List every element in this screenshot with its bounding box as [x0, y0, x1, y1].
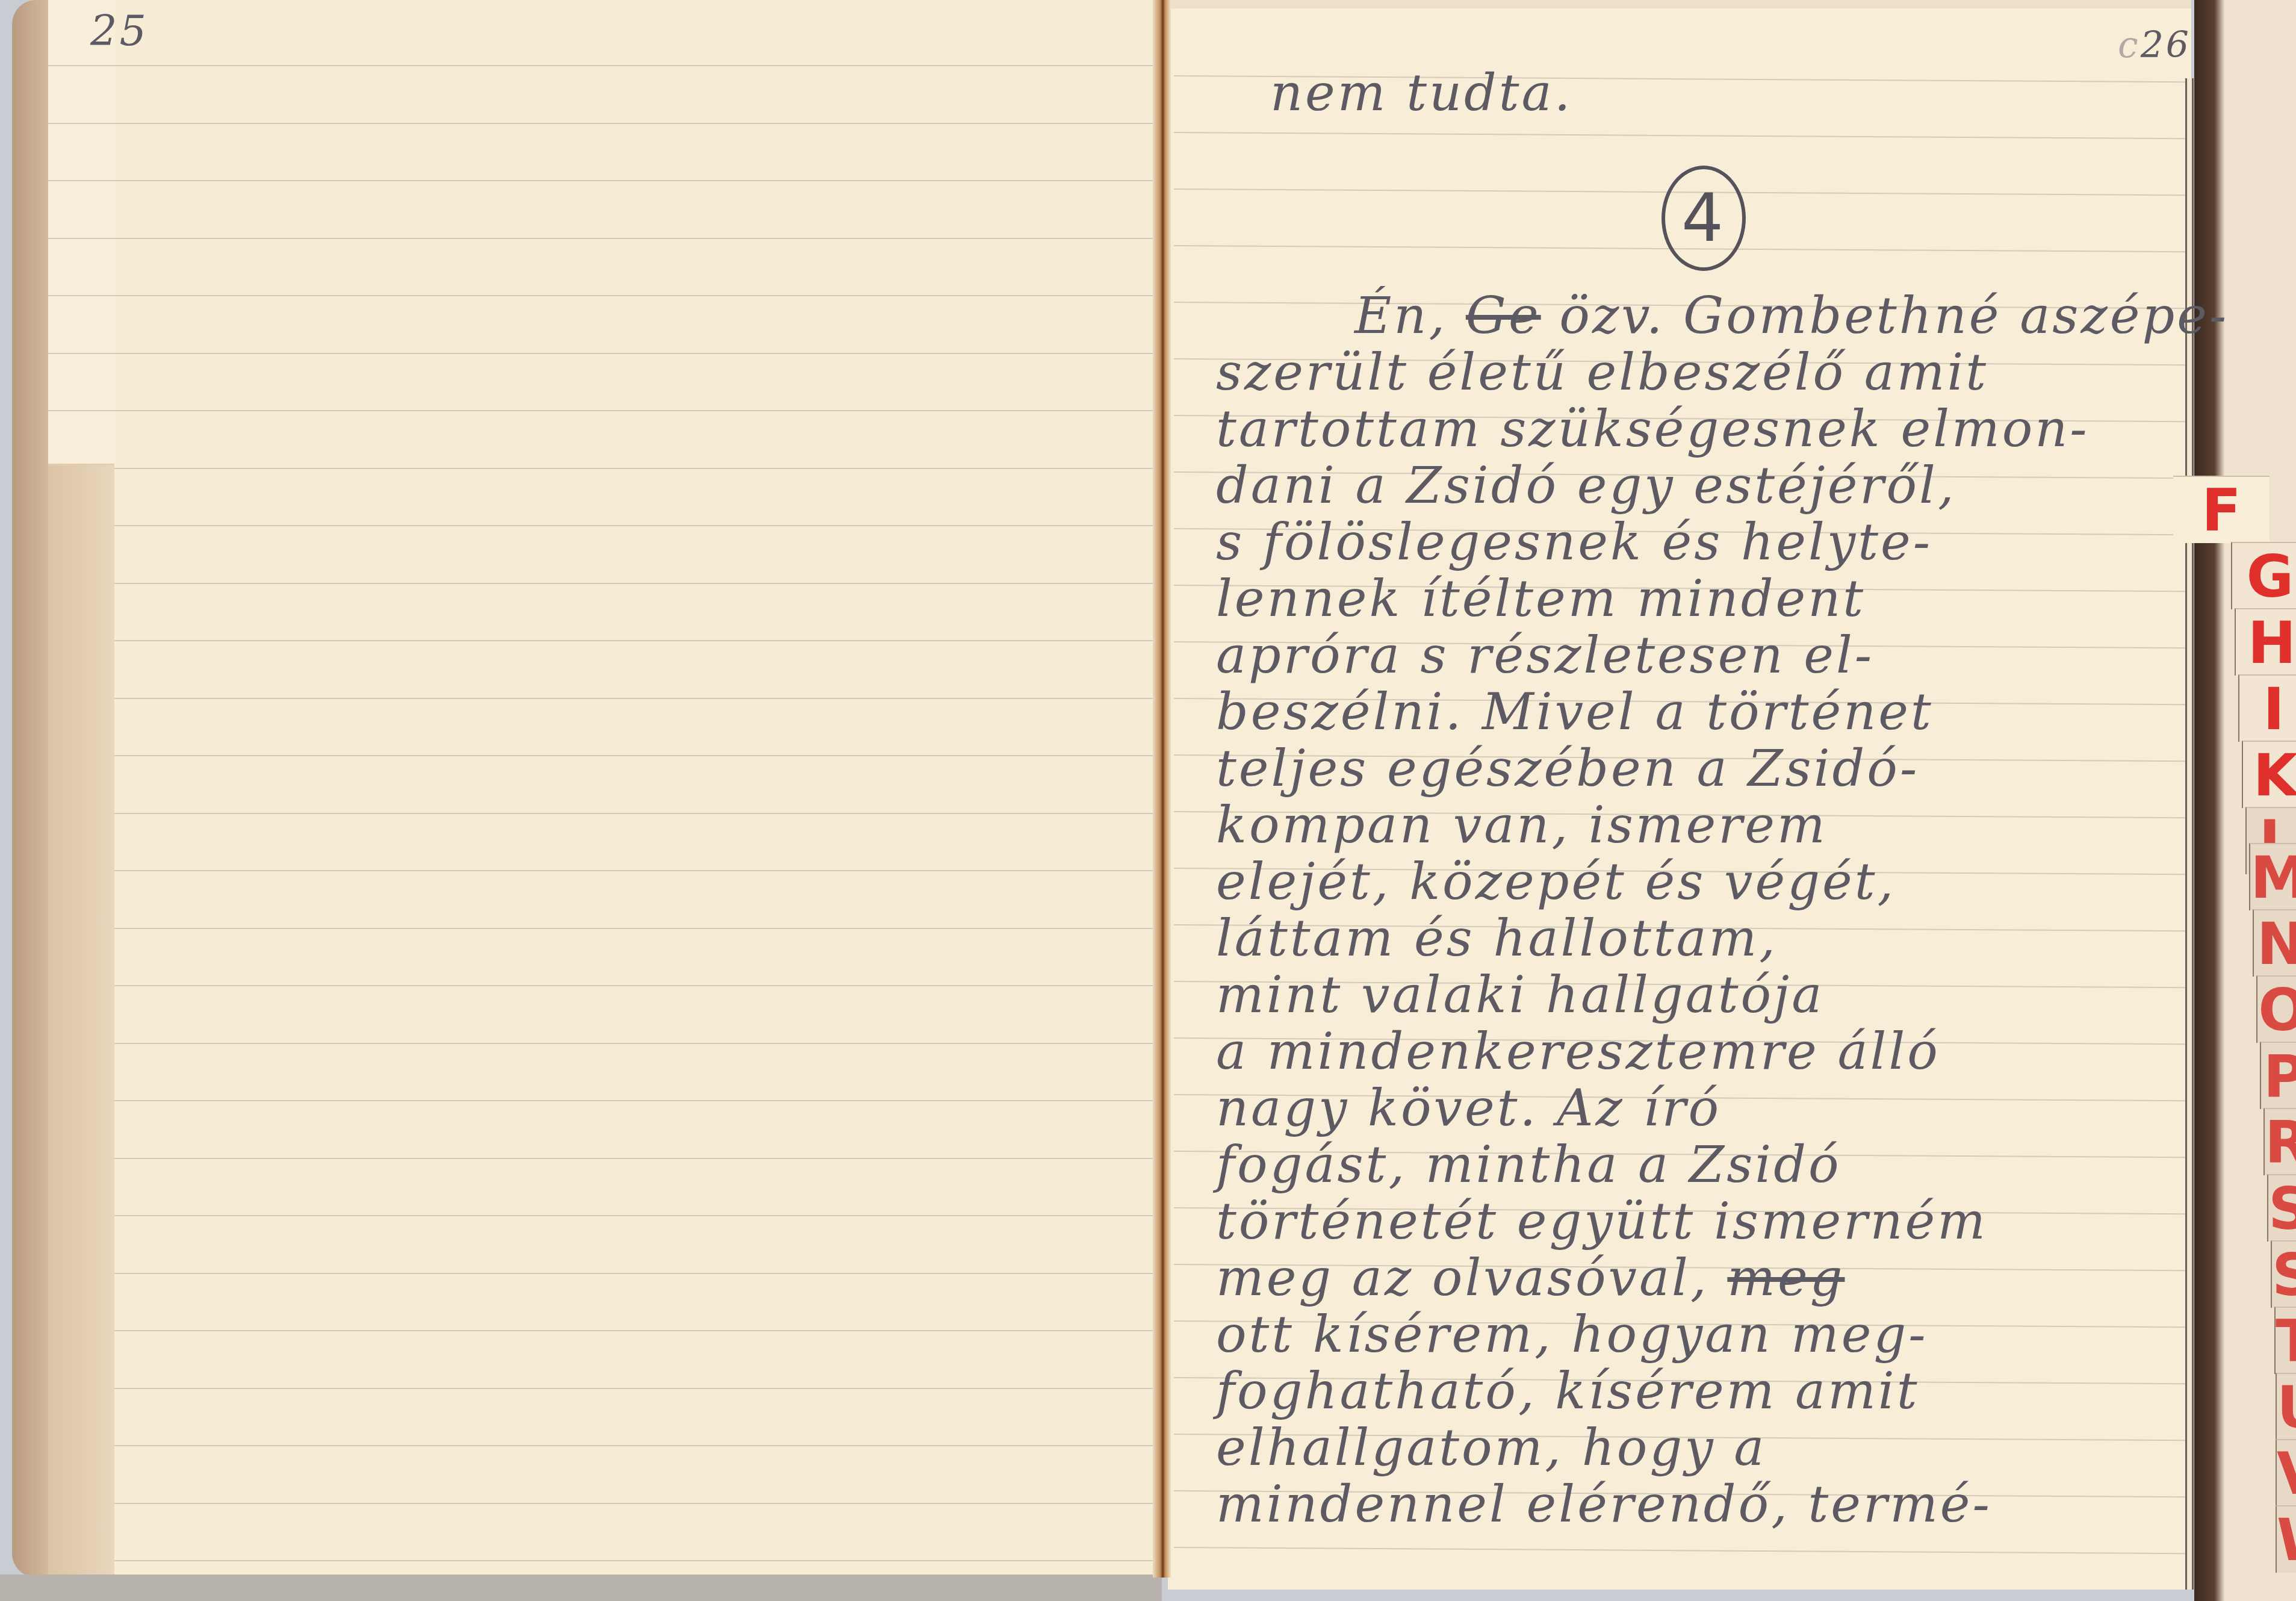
rule-line — [114, 1100, 1153, 1101]
handwritten-line: meg az olvasóval, meg — [1216, 1248, 1845, 1307]
left-page-stack-edge — [48, 464, 114, 1575]
book-gutter — [1153, 0, 1171, 1578]
rule-line — [114, 1215, 1153, 1216]
index-tab-m[interactable]: M — [2249, 843, 2296, 910]
line-text: fogást, mintha a Zsidó — [1216, 1135, 1841, 1194]
line-text: Én, — [1354, 286, 1466, 345]
rule-line — [48, 295, 1153, 296]
rule-line — [114, 1560, 1153, 1561]
left-page — [48, 0, 1162, 1575]
index-tab-v[interactable]: V — [2276, 1439, 2296, 1506]
handwritten-line: Én, Ge özv. Gombethné aszépe- — [1354, 286, 2229, 345]
handwritten-line: láttam és hallottam, — [1216, 909, 1778, 968]
rule-line — [114, 525, 1153, 526]
line-text: kompan van, ismerem — [1216, 795, 1828, 854]
index-tab-k[interactable]: K — [2242, 741, 2296, 808]
line-text: tartottam szükségesnek elmon- — [1216, 399, 2090, 458]
rule-line — [48, 353, 1153, 354]
handwritten-line: foghatható, kísérem amit — [1216, 1361, 1919, 1420]
line-text: elhallgatom, hogy a — [1216, 1418, 1766, 1477]
page-number-value: 26 — [2141, 24, 2191, 66]
rule-line — [114, 698, 1153, 699]
rule-line — [114, 1445, 1153, 1446]
index-tab-s[interactable]: S — [2267, 1174, 2296, 1242]
line-text: dani a Zsidó egy estéjéről, — [1216, 456, 1956, 515]
rule-line — [114, 1273, 1153, 1274]
handwritten-line: nagy követ. Az író — [1216, 1078, 1721, 1137]
rule-line — [48, 410, 1153, 411]
rule-line — [114, 583, 1153, 584]
handwritten-line: kompan van, ismerem — [1216, 795, 1828, 854]
handwritten-line: elejét, közepét és végét, — [1216, 852, 1896, 911]
rule-line — [48, 65, 1153, 66]
index-tab-o[interactable]: O — [2256, 975, 2296, 1043]
rule-line — [114, 1158, 1153, 1159]
handwritten-line: dani a Zsidó egy estéjéről, — [1216, 456, 1956, 515]
handwritten-line: s fölöslegesnek és helyte- — [1216, 512, 1932, 571]
handwritten-line: a mindenkeresztemre álló — [1216, 1022, 1940, 1081]
index-tab-sz[interactable]: Sz — [2271, 1240, 2296, 1308]
line-text: s fölöslegesnek és helyte- — [1216, 512, 1932, 571]
left-page-top-leaf — [48, 0, 114, 465]
struck-word: meg — [1727, 1248, 1845, 1307]
index-tab-h[interactable]: H — [2235, 608, 2296, 676]
index-tab-r[interactable]: R — [2263, 1108, 2296, 1175]
handwritten-line: apróra s részletesen el- — [1216, 626, 1874, 685]
index-tab-u[interactable]: U — [2276, 1373, 2296, 1440]
handwritten-line: szerült életű elbeszélő amit — [1216, 343, 1988, 402]
index-tab-n[interactable]: N — [2253, 909, 2296, 977]
line-text: meg az olvasóval, — [1216, 1248, 1727, 1307]
line-text: ott kísérem, hogyan meg- — [1216, 1305, 1928, 1364]
handwritten-line: fogást, mintha a Zsidó — [1216, 1135, 1841, 1194]
rule-line — [114, 640, 1153, 641]
handwritten-line: mint valaki hallgatója — [1216, 965, 1824, 1024]
handwritten-line: tartottam szükségesnek elmon- — [1216, 399, 2090, 458]
index-tab-g[interactable]: G — [2231, 542, 2296, 609]
background-bottom — [0, 1575, 1162, 1601]
page-number-prefix: c — [2118, 24, 2141, 66]
rule-line — [114, 813, 1153, 814]
rule-line — [114, 755, 1153, 756]
rule-line — [48, 180, 1153, 181]
line-text: apróra s részletesen el- — [1216, 626, 1874, 685]
handwritten-line: mindennel elérendő, termé- — [1216, 1475, 1992, 1534]
index-tabs: FGHIKLMNOPRSSzTUVW — [2221, 0, 2296, 1601]
rule-line — [114, 1330, 1153, 1331]
index-tab-w[interactable]: W — [2276, 1505, 2296, 1573]
rule-line — [114, 1043, 1153, 1044]
handwritten-line: elhallgatom, hogy a — [1216, 1418, 1766, 1477]
index-tab-f[interactable]: F — [2173, 476, 2270, 543]
section-number: 4 — [1661, 166, 1746, 271]
rule-line — [48, 123, 1153, 124]
line-text: láttam és hallottam, — [1216, 909, 1778, 968]
handwritten-line: lennek ítéltem mindent — [1216, 569, 1866, 628]
line-text: a mindenkeresztemre álló — [1216, 1022, 1940, 1081]
index-tab-p[interactable]: P — [2260, 1042, 2296, 1109]
line-text: szerült életű elbeszélő amit — [1216, 343, 1988, 402]
rule-line — [114, 870, 1153, 871]
rule-line — [114, 985, 1153, 986]
line-text: teljes egészében a Zsidó- — [1216, 739, 1919, 798]
line-text: történetét együtt ismerném — [1216, 1192, 1988, 1251]
handwritten-line: ott kísérem, hogyan meg- — [1216, 1305, 1928, 1364]
line-text: özv. Gombethné aszépe- — [1541, 286, 2229, 345]
handwritten-line: beszélni. Mivel a történet — [1216, 682, 1934, 741]
line-text: beszélni. Mivel a történet — [1216, 682, 1934, 741]
right-page-number: c26 — [2118, 24, 2191, 66]
rule-line — [114, 928, 1153, 929]
line-text: lennek ítéltem mindent — [1216, 569, 1866, 628]
rule-line — [114, 468, 1153, 469]
line-text: mindennel elérendő, termé- — [1216, 1475, 1992, 1534]
line-text: mint valaki hallgatója — [1216, 965, 1824, 1024]
line-text: elejét, közepét és végét, — [1216, 852, 1896, 911]
rule-line — [48, 238, 1153, 239]
line-text: nagy követ. Az író — [1216, 1078, 1721, 1137]
handwritten-line: teljes egészében a Zsidó- — [1216, 739, 1919, 798]
rule-line — [114, 1503, 1153, 1504]
opening-line: nem tudta. — [1270, 63, 1572, 122]
rule-line — [114, 1388, 1153, 1389]
left-page-number: 25 — [90, 6, 149, 55]
handwritten-line: történetét együtt ismerném — [1216, 1192, 1988, 1251]
line-text: foghatható, kísérem amit — [1216, 1361, 1919, 1420]
index-tab-t[interactable]: T — [2274, 1307, 2296, 1374]
struck-word: Ge — [1466, 286, 1541, 345]
index-tab-i[interactable]: I — [2238, 674, 2296, 742]
